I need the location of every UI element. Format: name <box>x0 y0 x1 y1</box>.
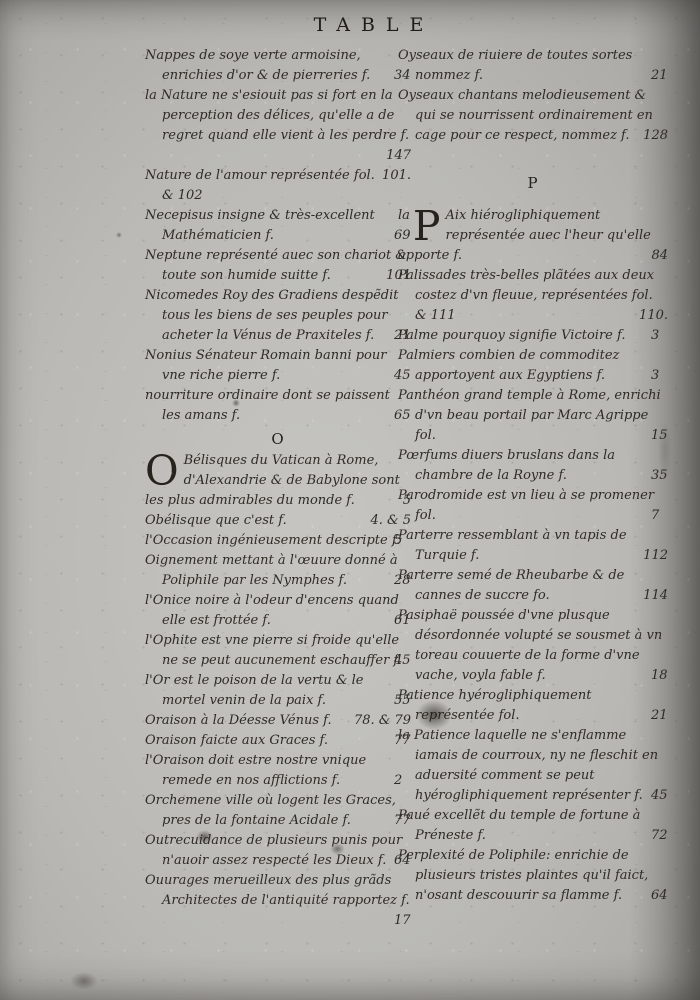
entry-text: Parodromide est vn lieu à se promener fo… <box>398 488 654 523</box>
entry-text: Nonius Sénateur Romain banni pour vne ri… <box>145 348 386 383</box>
index-entry: l'Or est le poison de la vertu & le mort… <box>145 671 411 711</box>
index-entry: nourriture ordinaire dont se paissent le… <box>145 386 411 426</box>
entry-text: nourriture ordinaire dont se paissent le… <box>145 388 390 423</box>
index-entry: Parterre semé de Rheubarbe & de cannes d… <box>398 566 668 606</box>
entry-page-number: 7 <box>662 506 668 526</box>
index-entry: l'Oraison doit estre nostre vnique remed… <box>145 751 411 791</box>
entry-text: Outrecuidance de plusieurs punis pour n'… <box>145 833 402 868</box>
section-letter-p: P <box>398 173 668 193</box>
index-entry: Necepisus insigne & très-excellent Mathé… <box>145 206 411 246</box>
index-entry: Nonius Sénateur Romain banni pour vne ri… <box>145 346 411 386</box>
index-entry: Ouurages merueilleux des plus grãds Arch… <box>145 871 411 931</box>
entry-text: Pœrfums diuers bruslans dans la chambre … <box>398 448 615 483</box>
entry-page-number: 15 <box>662 426 668 446</box>
entry-text: Nicomedes Roy des Gradiens despẽdit tous… <box>145 288 399 343</box>
index-entry: Palissades très-belles plãtées aux deux … <box>398 266 668 326</box>
entry-text: Oignement mettant à l'œuure donné à Poli… <box>145 553 398 588</box>
index-entry: Oignement mettant à l'œuure donné à Poli… <box>145 551 411 591</box>
entry-text: Patience hyérogliphiquement représentée … <box>398 688 591 723</box>
entry-page-number: 3 <box>662 366 668 386</box>
entry-text: Oraison faicte aux Graces f. <box>145 733 328 748</box>
entry-page-number: 21 <box>662 66 668 86</box>
entry-page-number: 114 <box>654 586 668 606</box>
entry-text: l'Occasion ingénieusement descripte f. <box>145 533 400 548</box>
entry-page-number: 110. <box>650 306 668 326</box>
entry-text: l'Onice noire à l'odeur d'encens quand e… <box>145 593 399 628</box>
page-title: TABLE <box>314 14 435 36</box>
index-entry: l'Occasion ingénieusement descripte f.5 <box>145 531 411 551</box>
entry-carry-line: & 111 <box>415 306 668 326</box>
entry-text: Panthéon grand temple à Rome, enrichi d'… <box>398 388 661 443</box>
ink-stain <box>116 232 122 238</box>
index-entry: Palme pourquoy signifie Victoire f.3 <box>398 326 668 346</box>
index-entry: Obélisque que c'est f.4. & 5 <box>145 511 411 531</box>
entry-text: Palme pourquoy signifie Victoire f. <box>398 328 625 343</box>
index-entry: Perplexité de Poliphile: enrichie de plu… <box>398 846 668 906</box>
entry-text: la Patience laquelle ne s'enflamme iamai… <box>398 728 658 803</box>
index-entry: OBélisques du Vatican à Rome, d'Alexandr… <box>145 451 411 511</box>
index-entry: la Patience laquelle ne s'enflamme iamai… <box>398 726 668 806</box>
index-entry: l'Ophite est vne pierre si froide qu'ell… <box>145 631 411 671</box>
index-entry: Panthéon grand temple à Rome, enrichi d'… <box>398 386 668 446</box>
entry-page-number: 35 <box>662 466 668 486</box>
ink-stain <box>70 972 98 990</box>
entry-page-number: 45 <box>662 786 668 806</box>
entry-text: Neptune représenté auec son chariot & to… <box>145 248 407 283</box>
entry-text: Nature de l'amour représentée fol. <box>145 168 375 183</box>
index-column-right: Oyseaux de riuiere de toutes sortes nomm… <box>398 46 668 906</box>
entry-text: Bélisques du Vatican à Rome, d'Alexandri… <box>145 453 400 508</box>
index-entry: Neptune représenté auec son chariot & to… <box>145 246 411 286</box>
index-entry: Nature de l'amour représentée fol.101.& … <box>145 166 411 206</box>
index-entry: Pœrfums diuers bruslans dans la chambre … <box>398 446 668 486</box>
entry-prefix: la <box>398 206 410 226</box>
entry-text: Nappes de soye verte armoisine, enrichie… <box>145 48 370 83</box>
entry-page-number: 128 <box>654 126 668 146</box>
entry-text: Oyseaux de riuiere de toutes sortes nomm… <box>398 48 632 83</box>
index-entry: la Nature ne s'esiouit pas si fort en la… <box>145 86 411 166</box>
entry-text: Palmiers combien de commoditez apportoye… <box>398 348 619 383</box>
entry-page-number: 112 <box>654 546 668 566</box>
entry-text: Ouurages merueilleux des plus grãds Arch… <box>145 873 410 908</box>
entry-text: Palissades très-belles plãtées aux deux … <box>398 268 654 303</box>
entry-text: Obélisque que c'est f. <box>145 513 287 528</box>
entry-text: la Nature ne s'esiouit pas si fort en la… <box>145 88 409 143</box>
index-column-left: Nappes de soye verte armoisine, enrichie… <box>145 46 411 931</box>
entry-page-number: 72 <box>662 826 668 846</box>
index-entry: Outrecuidance de plusieurs punis pour n'… <box>145 831 411 871</box>
entry-text: Oraison à la Déesse Vénus f. <box>145 713 332 728</box>
entry-page-number: 84 <box>645 246 668 266</box>
index-entry: Parterre ressemblant à vn tapis de Turqu… <box>398 526 668 566</box>
entry-text: Paué excellẽt du temple de fortune à Pré… <box>398 808 640 843</box>
book-page: TABLE Nappes de soye verte armoisine, en… <box>0 0 700 1000</box>
entry-page-number: 17 <box>405 911 411 931</box>
section-letter-o: O <box>145 429 411 449</box>
entry-text: Pasiphaë poussée d'vne plusque désordonn… <box>398 608 662 683</box>
index-entry: Nappes de soye verte armoisine, enrichie… <box>145 46 411 86</box>
index-entry: Parodromide est vn lieu à se promener fo… <box>398 486 668 526</box>
index-entry: Oraison à la Déesse Vénus f.78. & 79 <box>145 711 411 731</box>
entry-text: Perplexité de Poliphile: enrichie de plu… <box>398 848 648 903</box>
entry-text: Parterre ressemblant à vn tapis de Turqu… <box>398 528 627 563</box>
entry-text: Parterre semé de Rheubarbe & de cannes d… <box>398 568 624 603</box>
index-entry: Oraison faicte aux Graces f.77 <box>145 731 411 751</box>
index-entry: laPAix hiérogliphiquement représentée au… <box>398 206 668 266</box>
index-entry: Pasiphaë poussée d'vne plusque désordonn… <box>398 606 668 686</box>
index-entry: Paué excellẽt du temple de fortune à Pré… <box>398 806 668 846</box>
entry-page-number: 18 <box>662 666 668 686</box>
entry-text: Oyseaux chantans melodieusement & qui se… <box>398 88 653 143</box>
drop-cap: P <box>413 209 441 243</box>
entry-page-number: 3 <box>662 326 668 346</box>
entry-text: l'Oraison doit estre nostre vnique remed… <box>145 753 366 788</box>
entry-carry-line: & 102 <box>162 186 411 206</box>
index-entry: Nicomedes Roy des Gradiens despẽdit tous… <box>145 286 411 346</box>
index-entry: Oyseaux chantans melodieusement & qui se… <box>398 86 668 146</box>
entry-text: Orchemene ville où logent les Graces, pr… <box>145 793 396 828</box>
index-entry: Orchemene ville où logent les Graces, pr… <box>145 791 411 831</box>
index-entry: Patience hyérogliphiquement représentée … <box>398 686 668 726</box>
entry-page-number: 64 <box>662 886 668 906</box>
entry-page-number: 21 <box>662 706 668 726</box>
entry-text: l'Or est le poison de la vertu & le mort… <box>145 673 363 708</box>
entry-text: l'Ophite est vne pierre si froide qu'ell… <box>145 633 402 668</box>
entry-text: Necepisus insigne & très-excellent Mathé… <box>145 208 375 243</box>
drop-cap: O <box>145 454 179 488</box>
index-entry: Palmiers combien de commoditez apportoye… <box>398 346 668 386</box>
index-entry: Oyseaux de riuiere de toutes sortes nomm… <box>398 46 668 86</box>
index-entry: l'Onice noire à l'odeur d'encens quand e… <box>145 591 411 631</box>
